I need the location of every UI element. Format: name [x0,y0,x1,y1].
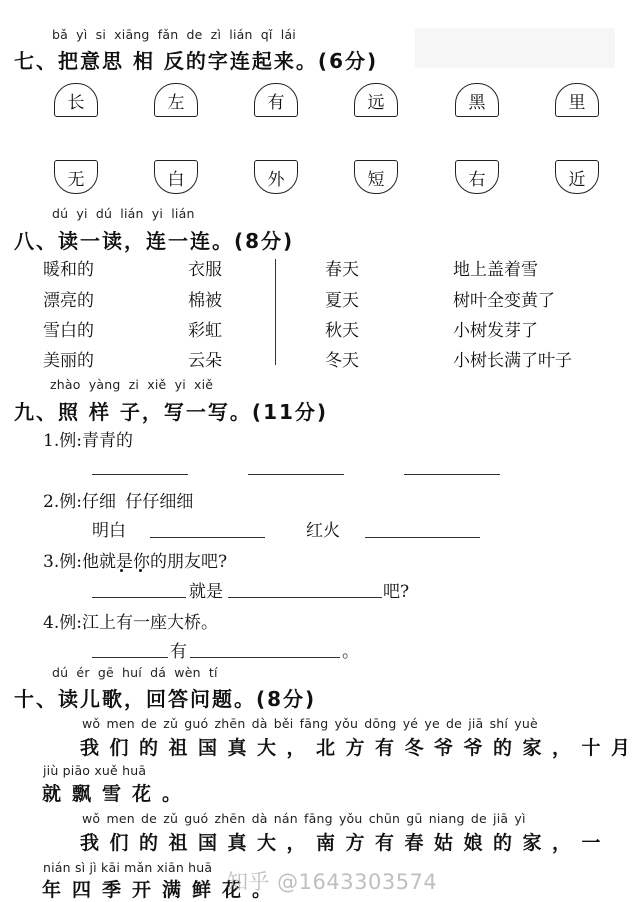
match-item[interactable]: 暖和的 [43,255,94,280]
match-item[interactable]: 地上盖着雪 [453,255,538,280]
fill-ending: 。 [342,637,359,662]
match-item[interactable]: 彩虹 [188,316,222,341]
match-item[interactable]: 衣服 [188,255,222,280]
watermark: 知乎 @1643303574 [227,866,437,896]
answer-blank[interactable] [248,474,344,475]
char-box-top[interactable]: 左 [154,83,198,117]
char-box-top[interactable]: 长 [54,83,98,117]
prompt-word: 明白 [92,516,126,541]
poem-pinyin: wǒ men de zǔ guó zhēn dà nán fāng yǒu ch… [82,811,526,826]
char-box-bottom[interactable]: 无 [54,160,98,194]
match-item[interactable]: 棉被 [188,286,222,311]
answer-blank[interactable] [92,597,186,598]
poem-pinyin: jiù piāo xuě huā [43,763,146,778]
char-box-top[interactable]: 有 [254,83,298,117]
char-box-bottom[interactable]: 短 [354,160,398,194]
match-item[interactable]: 小树长满了叶子 [453,346,572,371]
char-box-top[interactable]: 远 [354,83,398,117]
poem-pinyin: wǒ men de zǔ guó zhēn dà běi fāng yǒu dō… [82,716,538,731]
char-box-bottom[interactable]: 外 [254,160,298,194]
char-box-bottom[interactable]: 白 [154,160,198,194]
section8-title: 八、读一读，连一连。(8分) [14,225,294,254]
example-4: 4.例:江上有一座大桥。 [43,608,218,633]
poem-line: 我们的祖国真大，南方有春姑娘的家，一 [80,828,611,855]
match-item[interactable]: 树叶全变黄了 [453,286,555,311]
char-box-top[interactable]: 黑 [455,83,499,117]
match-item[interactable]: 美丽的 [43,346,94,371]
example-1: 1.例:青青的 [43,426,133,451]
example-3: 3.例:他就是你的朋友吧? [43,547,227,572]
scan-shade [415,28,615,68]
section9-title: 九、照 样 子，写一写。(11分) [14,396,328,425]
answer-blank[interactable] [92,474,188,475]
match-item[interactable]: 雪白的 [43,316,94,341]
match-item[interactable]: 春天 [325,255,359,280]
answer-blank[interactable] [150,537,265,538]
match-item[interactable]: 冬天 [325,346,359,371]
fill-connector: 就是 [189,577,223,602]
answer-blank[interactable] [228,597,382,598]
match-item[interactable]: 秋天 [325,316,359,341]
prompt-word: 红火 [306,516,340,541]
column-divider [275,259,276,365]
emphasis-dot [139,569,142,572]
answer-blank[interactable] [404,474,500,475]
poem-line: 我们的祖国真大，北方有冬爷爷的家，十月 [80,733,640,760]
answer-blank[interactable] [365,537,480,538]
section10-title: 十、读儿歌，回答问题。(8分) [14,683,316,712]
fill-connector: 有 [170,637,187,662]
poem-line: 就飘雪花。 [42,779,192,806]
char-box-top[interactable]: 里 [555,83,599,117]
char-box-bottom[interactable]: 近 [555,160,599,194]
section9-pinyin: zhào yàng zi xiě yi xiě [50,377,213,392]
poem-pinyin: nián sì jì kāi mǎn xiān huā [43,860,212,875]
match-item[interactable]: 云朵 [188,346,222,371]
char-box-bottom[interactable]: 右 [455,160,499,194]
match-item[interactable]: 漂亮的 [43,286,94,311]
match-item[interactable]: 小树发芽了 [453,316,538,341]
answer-blank[interactable] [92,657,168,658]
section7-title: 七、把意思 相 反的字连起来。(6分) [14,45,378,74]
fill-ending: 吧? [383,577,409,602]
match-item[interactable]: 夏天 [325,286,359,311]
emphasis-dot [120,569,123,572]
section7-pinyin: bǎ yì si xiāng fǎn de zì lián qǐ lái [52,27,296,42]
section10-pinyin: dú ér gē huí dá wèn tí [52,665,218,680]
example-2: 2.例:仔细 仔仔细细 [43,487,193,512]
answer-blank[interactable] [190,657,340,658]
section8-pinyin: dú yi dú lián yi lián [52,206,195,221]
